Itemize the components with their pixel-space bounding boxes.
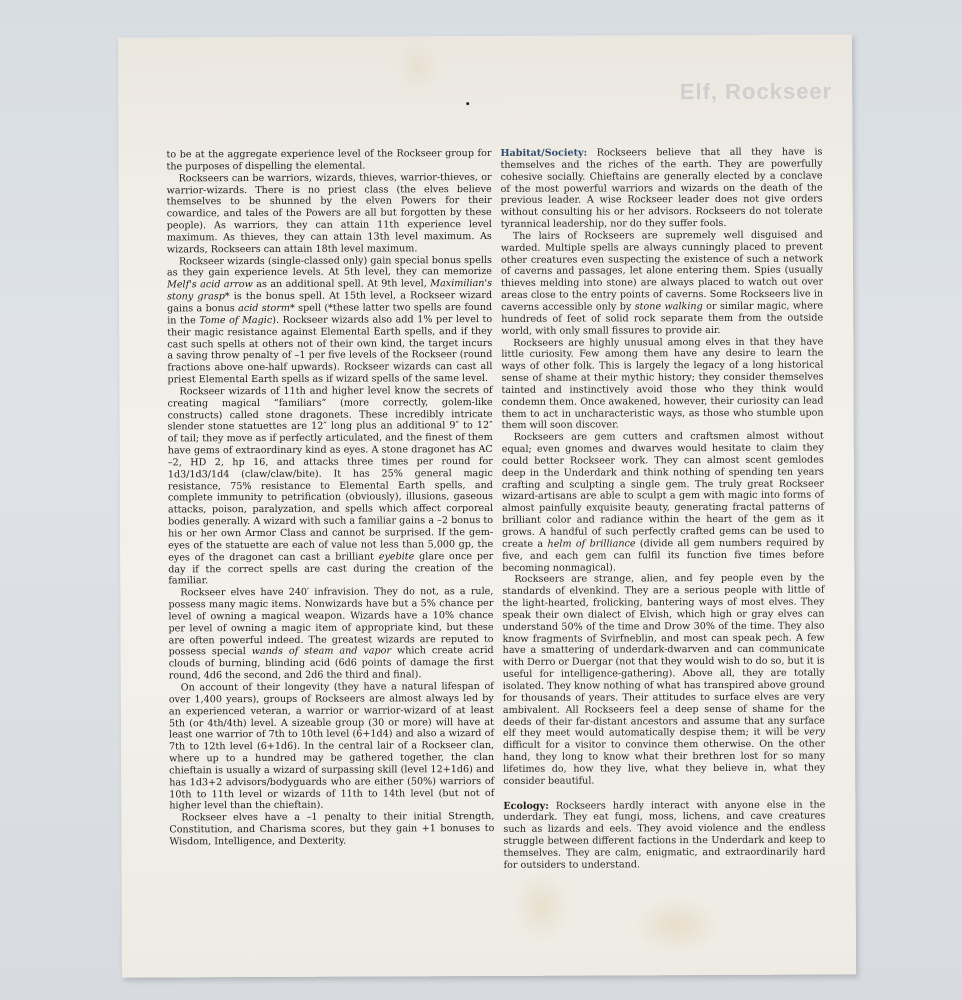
- ecology-heading: Ecology:: [503, 800, 548, 811]
- habitat-society-heading: Habitat/Society:: [500, 148, 587, 159]
- italic-term: helm of brilliance: [547, 538, 635, 549]
- habitat-society-intro: Rockseers believe that all they have is …: [500, 147, 822, 230]
- italic-term: Melf's acid arrow: [167, 279, 253, 290]
- stone-dragonets-paragraph: Rockseer wizards of 11th and higher leve…: [167, 385, 493, 588]
- italic-term: very: [804, 727, 825, 738]
- ink-speck: [466, 102, 469, 105]
- habitat-society-section: Habitat/Society: Rockseers believe that …: [500, 147, 822, 231]
- italic-term: eyebite: [379, 551, 415, 562]
- left-column: to be at the aggregate experience level …: [166, 148, 494, 848]
- curiosity-paragraph: Rockseers are highly unusual among elves…: [501, 336, 823, 432]
- italic-term: Tome of Magic: [199, 315, 272, 326]
- left-continuation-paragraph: to be at the aggregate experience level …: [166, 148, 491, 173]
- ecology-text: Rockseers hardly interact with anyone el…: [503, 799, 825, 871]
- ability-modifiers-paragraph: Rockseer elves have a –1 penalty to thei…: [169, 811, 494, 848]
- lairs-paragraph: The lairs of Rockseers are supremely wel…: [501, 229, 823, 337]
- italic-term: acid storm: [238, 303, 290, 314]
- culture-language-paragraph: Rockseers are strange, alien, and fey pe…: [502, 573, 825, 788]
- classes-paragraph: Rockseers can be warriors, wizards, thie…: [167, 172, 492, 256]
- bonus-spells-paragraph: Rockseer wizards (single-classed only) g…: [167, 255, 493, 387]
- italic-term: wands of steam and vapor: [252, 646, 391, 658]
- right-column: Habitat/Society: Rockseers believe that …: [500, 147, 825, 872]
- infravision-magic-items-paragraph: Rockseer elves have 240′ infravision. Th…: [168, 586, 493, 682]
- ecology-section: Ecology: Rockseers hardly interact with …: [503, 799, 825, 871]
- gem-crafting-paragraph: Rockseers are gem cutters and craftsmen …: [502, 431, 825, 575]
- italic-term: stone walking: [635, 301, 703, 312]
- leadership-paragraph: On account of their longevity (they have…: [169, 681, 495, 813]
- faded-page-header: Elf, Rockseer: [680, 78, 833, 105]
- document-page: Elf, Rockseer to be at the aggregate exp…: [118, 34, 856, 977]
